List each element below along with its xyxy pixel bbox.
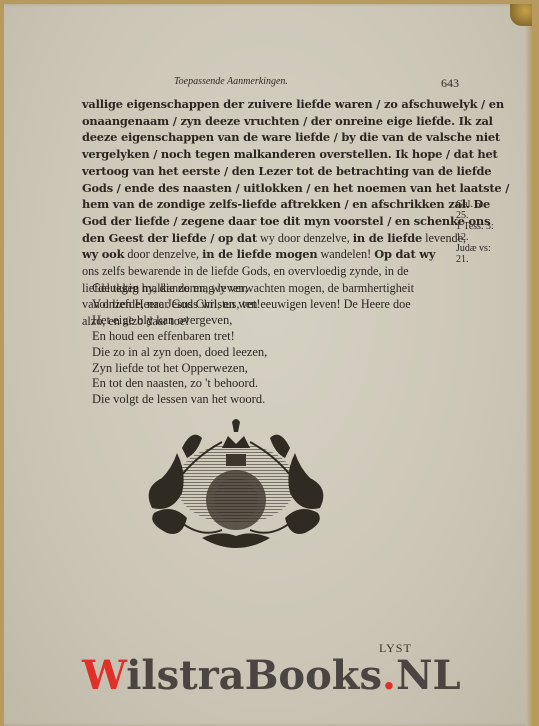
text-run: Gods / ende des naasten / uitlokken / en… xyxy=(82,181,509,195)
poem-line: Het eige bly kan overgeven, xyxy=(92,313,267,329)
text-run: den Geest der liefde / op dat xyxy=(82,231,257,245)
poem-line: Die zo in al zyn doen, doed leezen, xyxy=(92,345,267,361)
text-line: den Geest der liefde / op dat wy door de… xyxy=(82,230,454,247)
poem-line: En houd een effenbaren tret! xyxy=(92,329,267,345)
text-line: God der liefde / zegene daar toe dit myn… xyxy=(82,213,454,230)
text-run: vergelyken / noch tegen malkanderen over… xyxy=(82,147,498,161)
text-run: ons zelfs bewarende in de liefde Gods, e… xyxy=(82,264,409,278)
poem-line: Gelukkig hy, die zo mag leven, xyxy=(92,281,267,297)
text-line: vertoog van het eerste / den Lezer tot d… xyxy=(82,163,454,180)
watermark-suffix: NL xyxy=(396,652,461,699)
margin-note: 21. xyxy=(456,252,526,267)
watermark-dot: . xyxy=(382,652,396,699)
text-line: hem van de zondige zelfs-liefde aftrekke… xyxy=(82,196,454,213)
watermark-first-letter: W xyxy=(82,652,126,699)
text-run: deeze eigenschappen van de ware liefde /… xyxy=(82,130,500,144)
watermark-logo: WilstraBooks.NL xyxy=(82,652,461,699)
text-line: Gods / ende des naasten / uitlokken / en… xyxy=(82,180,454,197)
poem-line: Zyn liefde tot het Opperwezen, xyxy=(92,361,267,377)
margin-notes: Gal. 5: 25. 1 Tess. 3: 12. Judæ vs: 21. xyxy=(456,197,526,267)
page-corner xyxy=(510,4,532,26)
text-run: hem van de zondige zelfs-liefde aftrekke… xyxy=(82,197,490,211)
text-line: deeze eigenschappen van de ware liefde /… xyxy=(82,129,454,146)
poem-line: Vol liefde, naar Gods wil, en wet! xyxy=(92,297,267,313)
text-line: vallige eigenschappen der zuivere liefde… xyxy=(82,96,454,113)
poem: Gelukkig hy, die zo mag leven, Vol liefd… xyxy=(92,281,267,408)
poem-line: En tot den naasten, zo 't behoord. xyxy=(92,376,267,392)
woodcut-ornament-icon xyxy=(142,418,330,552)
text-line: wy ook door denzelve, in de liefde mogen… xyxy=(82,246,454,263)
poem-line: Die volgt de lessen van het woord. xyxy=(92,392,267,408)
text-line: onaangenaam / zyn deeze vruchten / der o… xyxy=(82,113,454,130)
text-run: onaangenaam / zyn deeze vruchten / der o… xyxy=(82,114,493,128)
text-line: ons zelfs bewarende in de liefde Gods, e… xyxy=(82,263,454,280)
text-run: God der liefde / zegene daar toe dit myn… xyxy=(82,214,490,228)
text-run: in de liefde xyxy=(353,231,422,245)
watermark-name: ilstraBooks xyxy=(126,652,382,699)
text-run: Op dat wy xyxy=(374,247,435,261)
book-page: Toepassende Aanmerkingen. 643 vallige ei… xyxy=(4,4,532,726)
text-run: vallige eigenschappen der zuivere liefde… xyxy=(82,97,504,111)
page-edge xyxy=(526,26,532,726)
text-run: wy ook xyxy=(82,247,124,261)
text-line: vergelyken / noch tegen malkanderen over… xyxy=(82,146,454,163)
text-run: door denzelve, xyxy=(124,247,202,261)
text-run: in de liefde mogen xyxy=(202,247,317,261)
running-head: Toepassende Aanmerkingen. xyxy=(174,76,464,87)
text-run: vertoog van het eerste / den Lezer tot d… xyxy=(82,164,491,178)
text-run: wandelen! xyxy=(317,247,374,261)
page-number: 643 xyxy=(441,76,459,91)
text-run: wy door denzelve, xyxy=(257,231,353,245)
